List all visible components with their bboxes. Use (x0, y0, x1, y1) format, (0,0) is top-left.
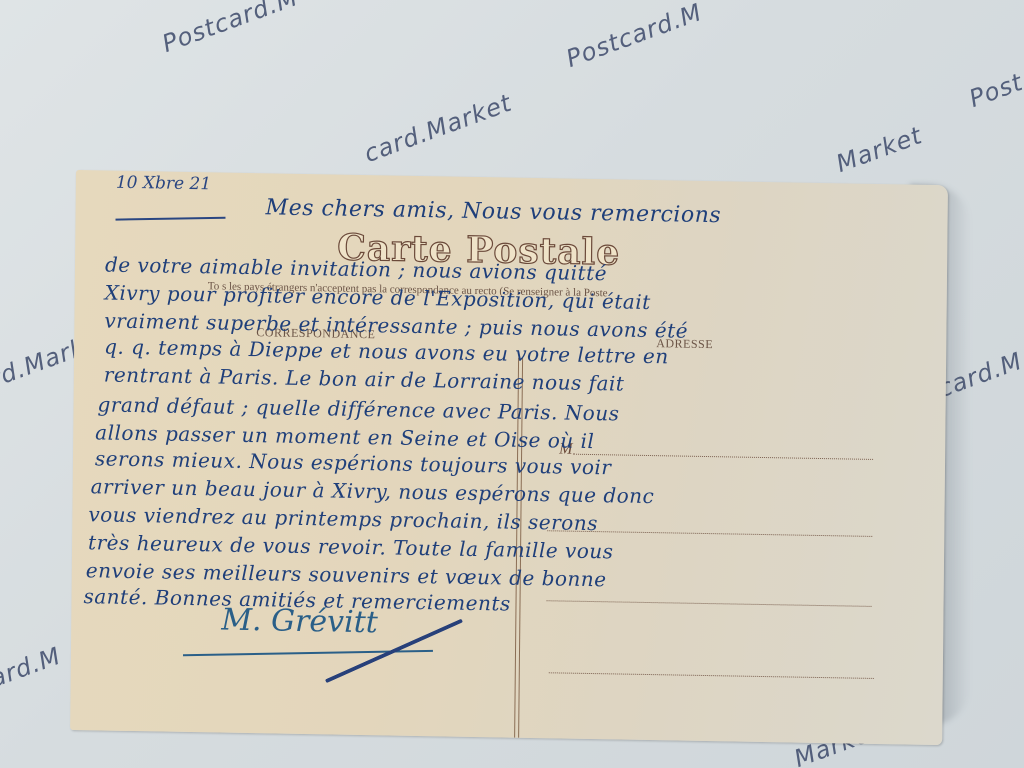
watermark-text: Post (965, 68, 1024, 113)
message-line: très heureux de vous revoir. Toute la fa… (88, 530, 614, 563)
watermark-text: Postcard.M (562, 0, 705, 73)
address-line (547, 600, 872, 607)
handwritten-date: 10 Xbre 21 (116, 173, 211, 195)
address-line (549, 672, 874, 679)
watermark-text: Market (832, 121, 926, 178)
message-line: grand défaut ; quelle différence avec Pa… (97, 392, 619, 425)
watermark-text: card.Market (360, 89, 515, 168)
watermark-text: Postcard.M (158, 0, 301, 58)
date-underline (115, 217, 225, 221)
address-line (573, 454, 873, 460)
message-line: Mes chers amis, Nous vous remercions (265, 195, 721, 228)
message-line: rentrant à Paris. Le bon air de Lorraine… (104, 362, 625, 395)
message-line: vous viendrez au printemps prochain, ils… (88, 502, 598, 535)
signature: M. Grévitt (221, 603, 378, 641)
postcard: Carte Postale To s les pays étrangers n'… (70, 170, 948, 745)
watermark-text: ard.M (0, 642, 65, 693)
